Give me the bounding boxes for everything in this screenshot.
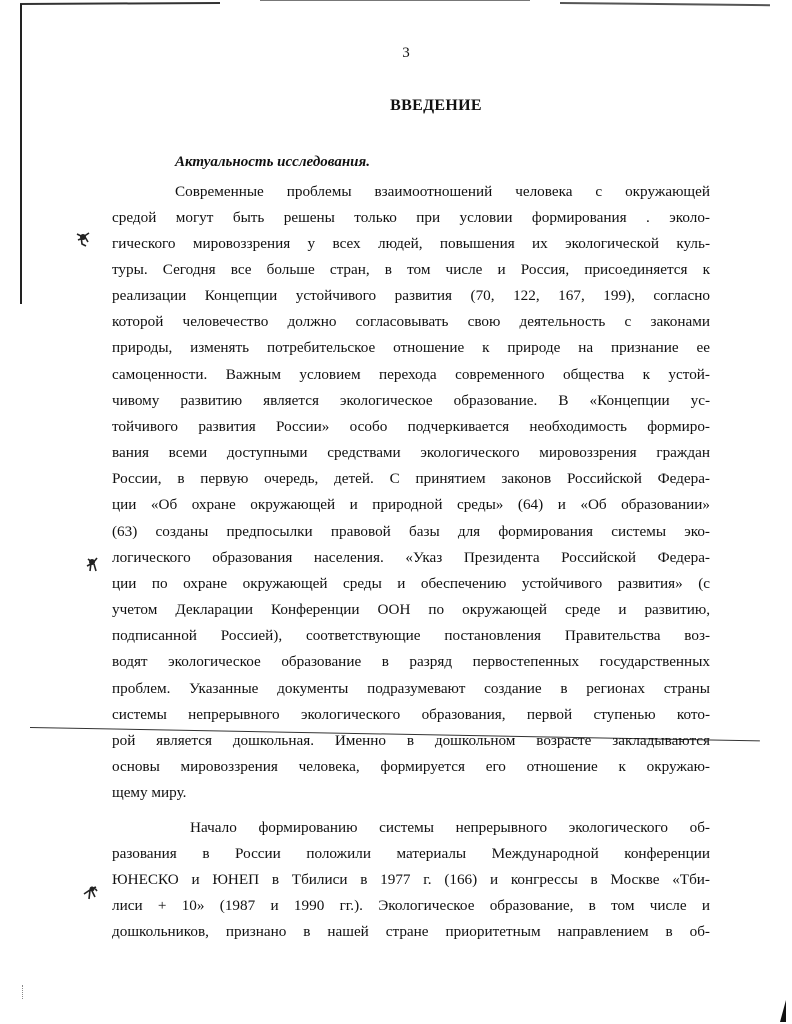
text-line: ЮНЕСКО и ЮНЕП в Тбилиси в 1977 г. (166) … [112,870,710,890]
scan-edge [260,0,530,1]
text-line: средой могут быть решены только при усло… [112,208,710,228]
text-line: природы, изменять потребительское отноше… [112,338,710,358]
stamp-mark-icon [80,882,102,904]
text-line: гического мировоззрения у всех людей, по… [112,234,710,254]
text-line: ции «Об охране окружающей и природной ср… [112,495,710,515]
text-line: чивому развитию является экологическое о… [112,391,710,411]
text-line: учетом Декларации Конференции ООН по окр… [112,600,710,620]
text-line: самоценности. Важным условием перехода с… [112,365,710,385]
text-line: разования в России положили материалы Ме… [112,844,710,864]
text-line: водят экологическое образование в разряд… [112,652,710,672]
text-line: системы непрерывного экологического обра… [112,705,710,725]
text-line: основы мировоззрения человека, формирует… [112,757,710,777]
stamp-mark-icon [73,228,95,250]
text-line: ции по охране окружающей среды и обеспеч… [112,574,710,594]
text-line: лиси + 10» (1987 и 1990 гг.). Экологичес… [112,896,710,916]
text-line: дошкольников, признано в нашей стране пр… [112,922,710,942]
scan-dots [22,985,25,999]
text-line: Начало формированию системы непрерывного… [190,818,710,838]
page-title: ВВЕДЕНИЕ [0,97,792,115]
text-line: тойчивого развития России» особо подчерк… [112,417,710,437]
document-page: 3 ВВЕДЕНИЕ Актуальность исследования. Со… [0,0,792,1024]
text-line: (63) созданы предпосылки правовой базы д… [112,522,710,542]
section-subheading: Актуальность исследования. [175,154,370,171]
text-line: логического образования населения. «Указ… [112,548,710,568]
corner-mark [780,1000,786,1022]
text-line: вания всеми доступными средствами эколог… [112,443,710,463]
text-line: туры. Сегодня все больше стран, в том чи… [112,260,710,280]
text-line: реализации Концепции устойчивого развити… [112,286,710,306]
text-line: России, в первую очередь, детей. С приня… [112,469,710,489]
stamp-mark-icon [82,554,104,576]
scan-edge [20,2,220,5]
text-line: щему миру. [112,783,710,803]
text-line: рой является дошкольная. Именно в дошкол… [112,731,710,751]
text-line: которой человечество должно согласовыват… [112,312,710,332]
text-line: Современные проблемы взаимоотношений чел… [175,182,710,202]
page-number: 3 [0,45,792,62]
text-line: проблем. Указанные документы подразумева… [112,679,710,699]
scan-edge [560,2,770,6]
text-line: подписанной Россией), соответствующие по… [112,626,710,646]
